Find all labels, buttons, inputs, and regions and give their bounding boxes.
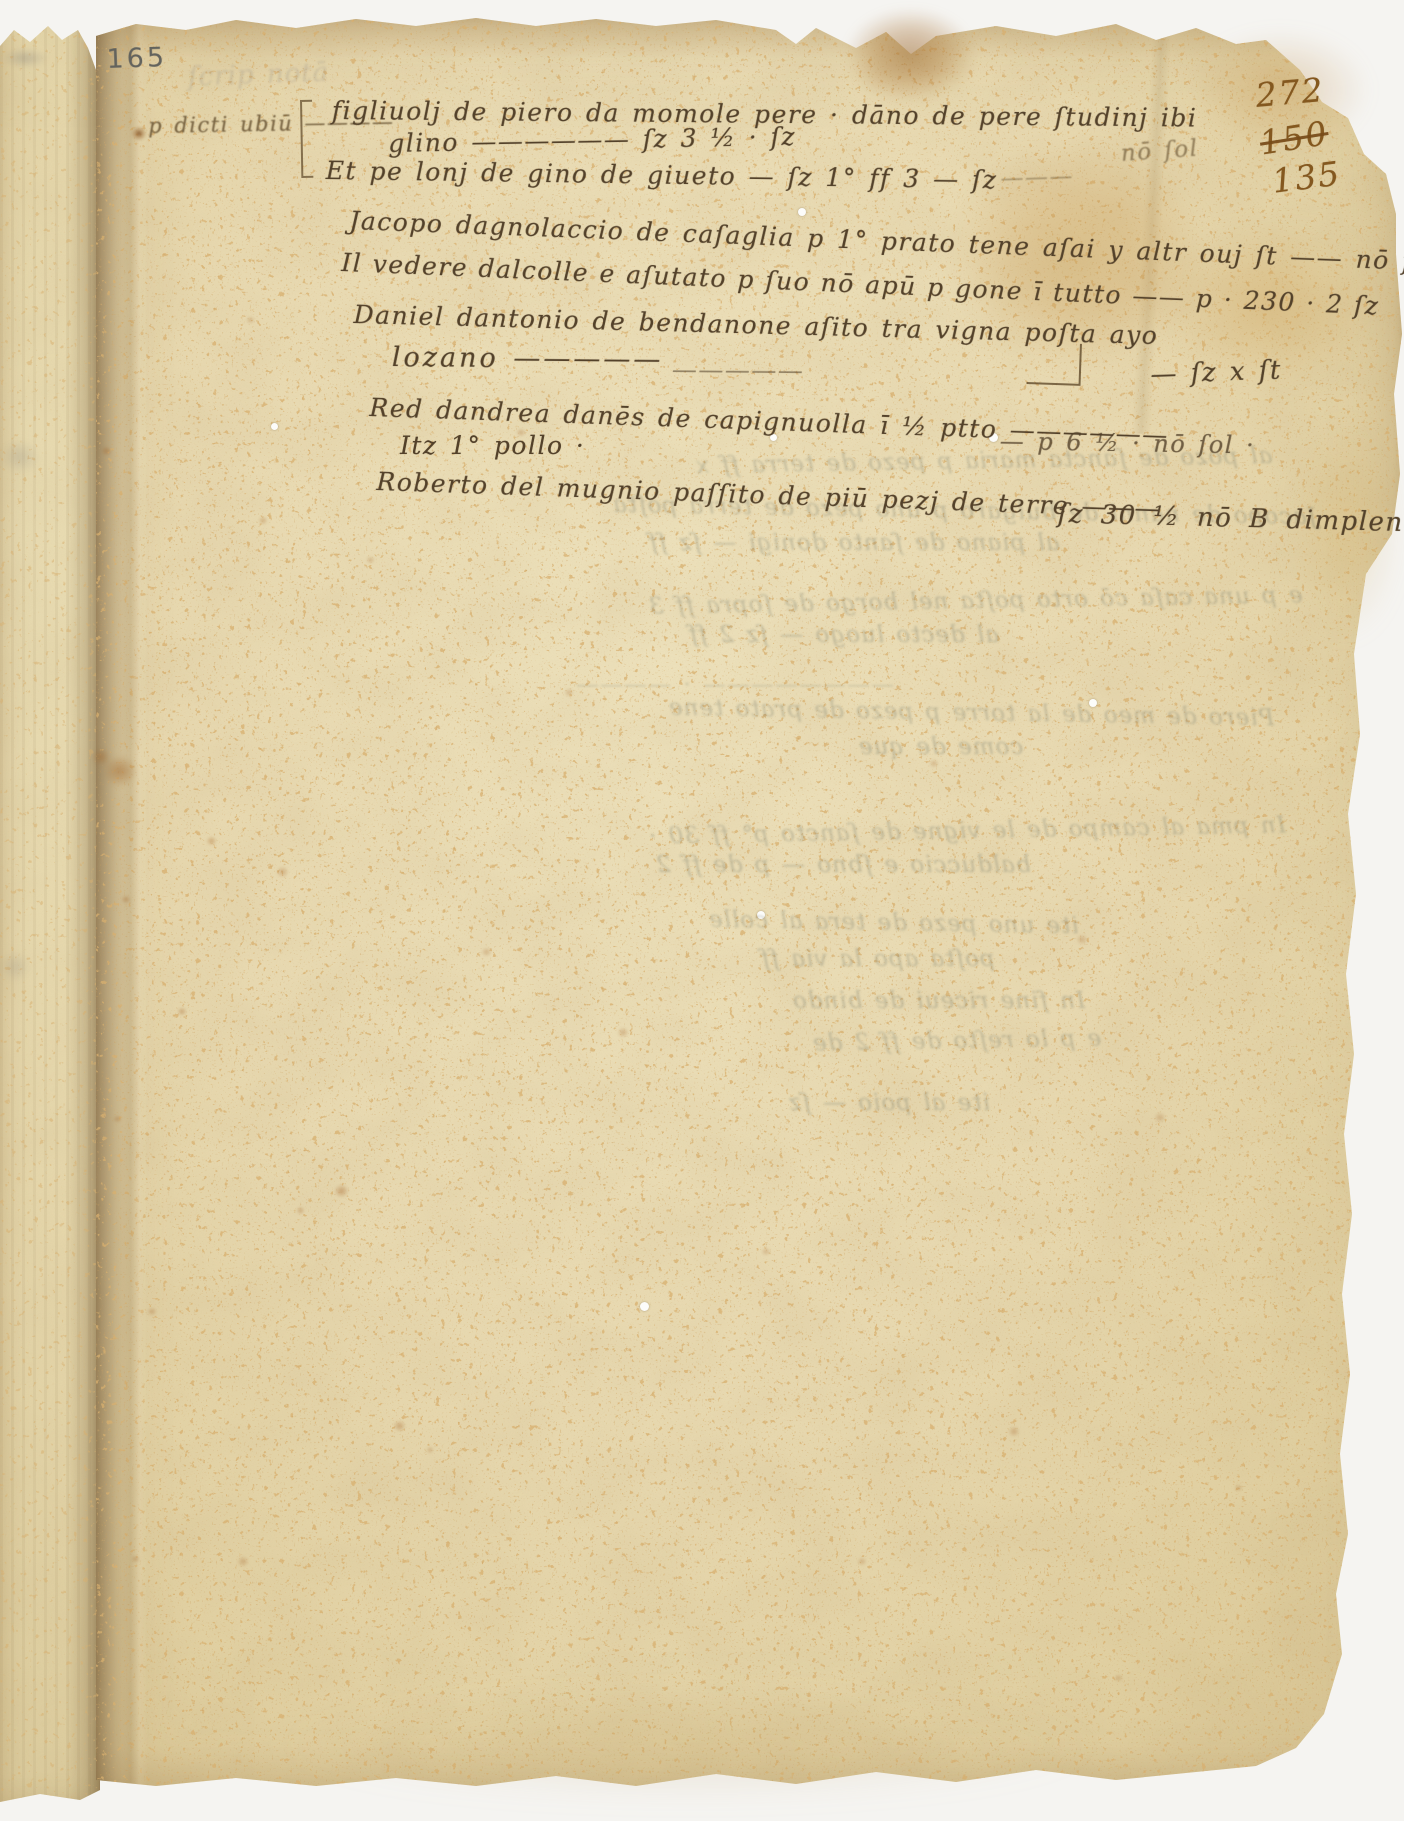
- pinhole: [1089, 699, 1097, 707]
- manuscript-scan: al pozo de ſancta maria p pezo de terra …: [0, 0, 1404, 1821]
- paper-texture: [0, 0, 100, 1806]
- pinhole: [757, 911, 765, 919]
- folio-number-272: 272: [1254, 70, 1326, 115]
- corner-mark: [1027, 342, 1082, 386]
- pinhole: [798, 208, 806, 216]
- pencil-folio-number: 165: [106, 42, 168, 75]
- pinhole: [640, 1302, 649, 1311]
- folio-number-135: 135: [1270, 154, 1343, 201]
- annotation-no-sol: nō ſol: [1120, 136, 1199, 167]
- pinhole: [271, 423, 278, 430]
- annotation-dash: ———: [1000, 163, 1074, 192]
- manuscript-line: — p 6 ½ · nō ſol ·: [1000, 427, 1256, 459]
- manuscript-line: — ſz x ſt: [1150, 355, 1282, 390]
- gutter-leaf-edge: [0, 0, 100, 1806]
- entry-bracket: [300, 100, 313, 178]
- manuscript-line: lozano —————: [392, 342, 664, 375]
- manuscript-line: Itz 1° pollo ·: [400, 431, 585, 460]
- manuscript-line: —————: [672, 355, 805, 385]
